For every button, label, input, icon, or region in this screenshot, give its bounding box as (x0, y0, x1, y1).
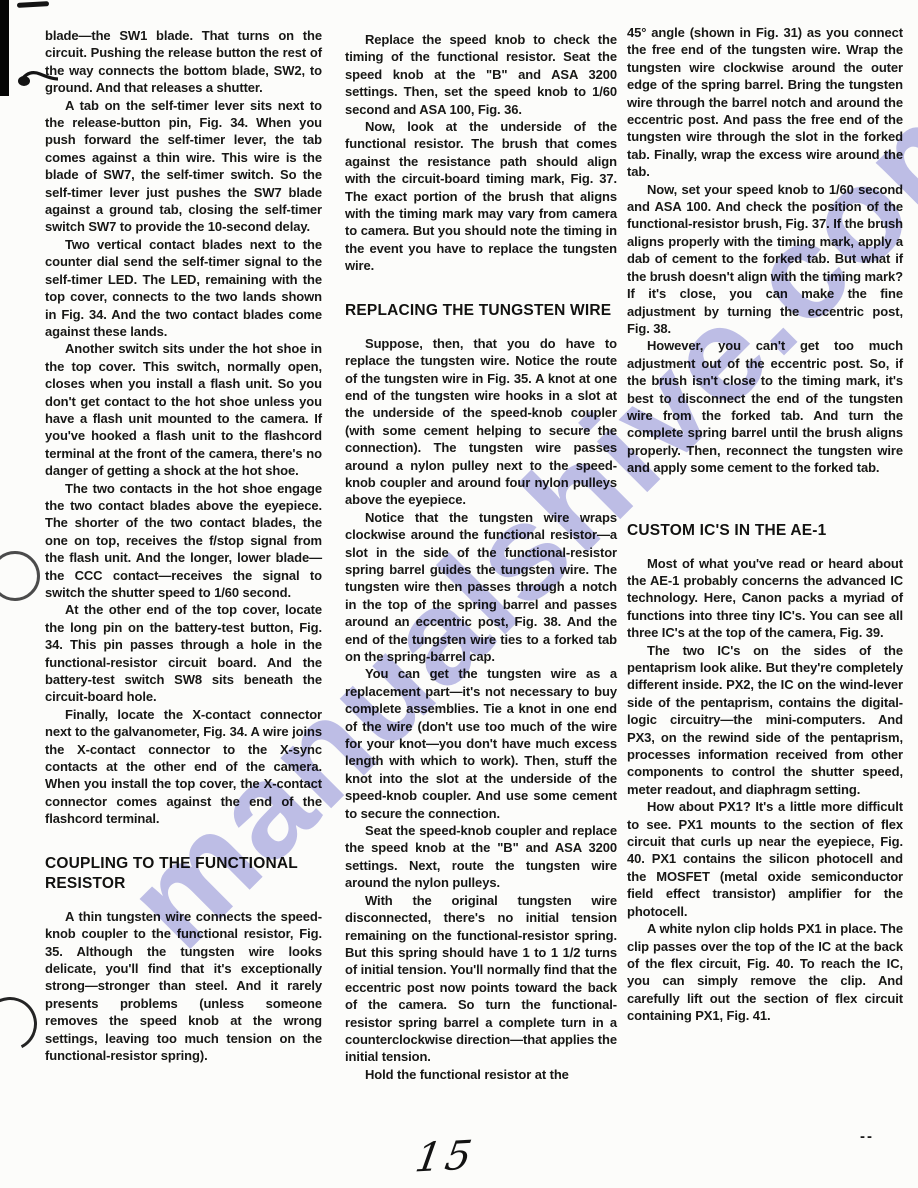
text-column-middle: Replace the speed knob to check the timi… (345, 31, 617, 1083)
paragraph: Two vertical contact blades next to the … (45, 236, 322, 340)
paragraph: The two IC's on the sides of the pentapr… (627, 642, 903, 799)
paragraph: Finally, locate the X-contact connector … (45, 706, 322, 828)
scan-artifact-hole-punch (0, 990, 44, 1058)
scan-artifact-black-bar (0, 0, 9, 96)
handwritten-page-number: 15 (412, 1132, 479, 1181)
paragraph: However, you can't get too much adjustme… (627, 337, 903, 476)
paragraph: Suppose, then, that you do have to repla… (345, 335, 617, 509)
paragraph: Hold the functional resistor at the (345, 1066, 617, 1083)
section-heading: CUSTOM IC'S IN THE AE-1 (627, 521, 903, 541)
scan-artifact-smudge (17, 1, 49, 8)
end-dashes: -- (860, 1128, 874, 1145)
paragraph: A tab on the self-timer lever sits next … (45, 97, 322, 236)
paragraph: 45° angle (shown in Fig. 31) as you conn… (627, 24, 903, 181)
paragraph: Now, look at the underside of the functi… (345, 118, 617, 275)
paragraph: Notice that the tungsten wire wraps cloc… (345, 509, 617, 666)
paragraph: A white nylon clip holds PX1 in place. T… (627, 920, 903, 1024)
paragraph: A thin tungsten wire connects the speed-… (45, 908, 322, 1065)
paragraph: Another switch sits under the hot shoe i… (45, 340, 322, 479)
paragraph: You can get the tungsten wire as a repla… (345, 665, 617, 822)
paragraph: Now, set your speed knob to 1/60 second … (627, 181, 903, 338)
paragraph: blade—the SW1 blade. That turns on the c… (45, 27, 322, 97)
section-heading: COUPLING TO THE FUNCTIONAL RESISTOR (45, 854, 322, 894)
paragraph: Replace the speed knob to check the timi… (345, 31, 617, 118)
paragraph: How about PX1? It's a little more diffic… (627, 798, 903, 920)
paragraph: Seat the speed-knob coupler and replace … (345, 822, 617, 892)
paragraph: With the original tungsten wire disconne… (345, 892, 617, 1066)
section-heading: REPLACING THE TUNGSTEN WIRE (345, 301, 617, 321)
text-column-right: 45° angle (shown in Fig. 31) as you conn… (627, 24, 903, 1025)
text-column-left: blade—the SW1 blade. That turns on the c… (45, 27, 322, 1064)
scan-artifact-hole-punch (0, 551, 40, 601)
paragraph: At the other end of the top cover, locat… (45, 601, 322, 705)
paragraph: Most of what you've read or heard about … (627, 555, 903, 642)
paragraph: The two contacts in the hot shoe engage … (45, 480, 322, 602)
manual-page: blade—the SW1 blade. That turns on the c… (0, 0, 918, 1188)
